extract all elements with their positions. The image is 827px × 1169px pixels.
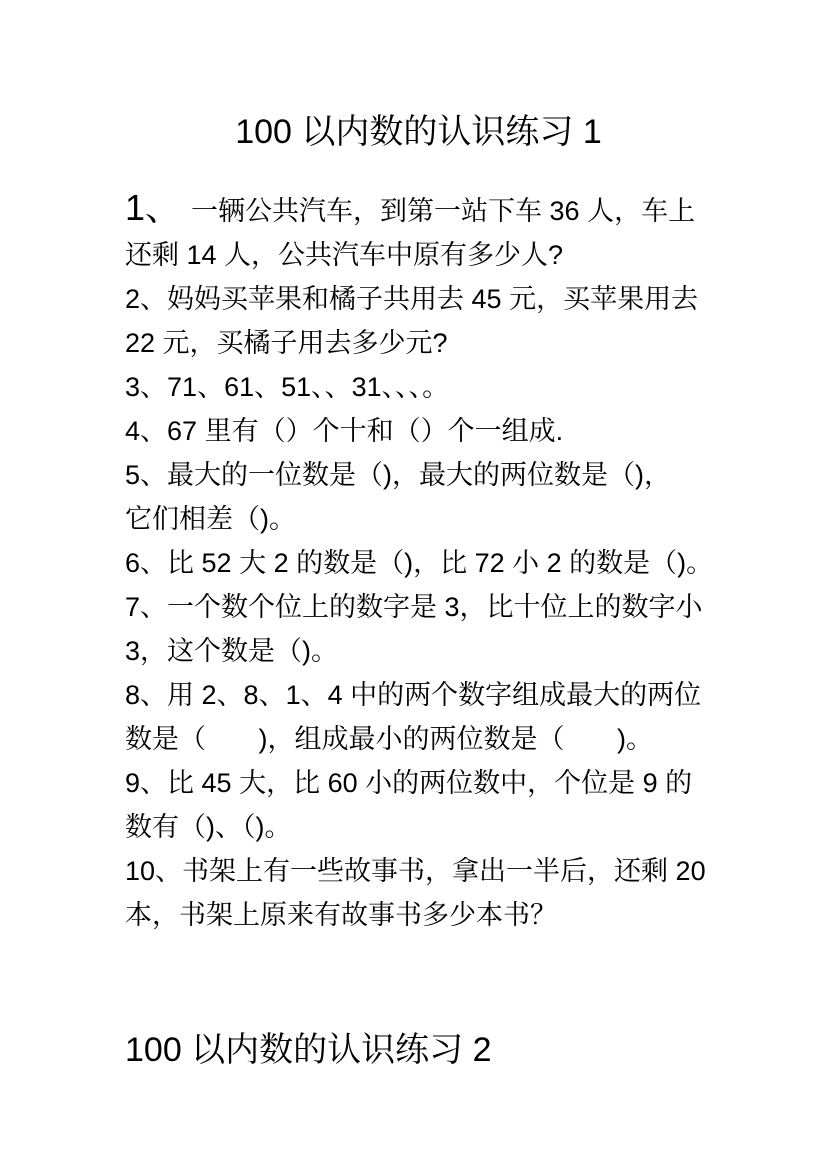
question-item-4: 4、67 里有（）个十和（）个一组成. — [125, 409, 712, 453]
question-text: 妈妈买苹果和橘子共用去 45 元，买苹果用去 22 元，买橘子用去多少元? — [125, 284, 698, 358]
question-text: 67 里有（）个十和（）个一组成. — [167, 416, 563, 446]
section1-title: 100 以内数的认识练习 1 — [125, 108, 712, 156]
question-number: 6、 — [125, 548, 167, 578]
question-item-1: 1、 一辆公共汽车，到第一站下车 36 人，车上 还剩 14 人，公共汽车中原有… — [125, 186, 712, 277]
question-number: 8、 — [125, 680, 167, 710]
question-number: 7、 — [125, 592, 167, 622]
question-text: 用 2、8、1、4 中的两个数字组成最大的两位 数是（ )，组成最小的两位数是（… — [125, 680, 701, 754]
question-text: 比 45 大，比 60 小的两位数中，个位是 9 的 数有（)、（)。 — [125, 768, 692, 842]
question-item-10: 10、书架上有一些故事书，拿出一半后，还剩 20 本，书架上原来有故事书多少本书… — [125, 849, 712, 937]
question-number: 2、 — [125, 284, 167, 314]
question-text: 书架上有一些故事书，拿出一半后，还剩 20 本，书架上原来有故事书多少本书？ — [125, 856, 706, 930]
question-list: 1、 一辆公共汽车，到第一站下车 36 人，车上 还剩 14 人，公共汽车中原有… — [125, 186, 712, 937]
question-number: 10、 — [125, 856, 182, 886]
question-item-5: 5、最大的一位数是（)，最大的两位数是（)， 它们相差（)。 — [125, 453, 712, 541]
question-number: 4、 — [125, 416, 167, 446]
question-text: 一个数个位上的数字是 3，比十位上的数字小 3，这个数是（)。 — [125, 592, 703, 666]
worksheet-page: 100 以内数的认识练习 1 1、 一辆公共汽车，到第一站下车 36 人，车上 … — [0, 0, 827, 1169]
question-text: 比 52 大 2 的数是（)，比 72 小 2 的数是（)。 — [167, 548, 713, 578]
question-text: 最大的一位数是（)，最大的两位数是（)， 它们相差（)。 — [125, 460, 671, 534]
question-item-2: 2、妈妈买苹果和橘子共用去 45 元，买苹果用去 22 元，买橘子用去多少元? — [125, 277, 712, 365]
question-item-9: 9、比 45 大，比 60 小的两位数中，个位是 9 的 数有（)、（)。 — [125, 761, 712, 849]
question-item-8: 8、用 2、8、1、4 中的两个数字组成最大的两位 数是（ )，组成最小的两位数… — [125, 673, 712, 761]
question-item-6: 6、比 52 大 2 的数是（)，比 72 小 2 的数是（)。 — [125, 541, 712, 585]
question-number: 5、 — [125, 460, 167, 490]
question-text: 71、61、51、、31、、、。 — [167, 372, 449, 402]
question-number: 3、 — [125, 372, 167, 402]
question-item-3: 3、71、61、51、、31、、、。 — [125, 365, 712, 409]
question-number: 1、 — [125, 187, 191, 228]
question-number: 9、 — [125, 768, 167, 798]
section2-title: 100 以内数的认识练习 2 — [125, 1026, 712, 1074]
question-item-7: 7、一个数个位上的数字是 3，比十位上的数字小 3，这个数是（)。 — [125, 585, 712, 673]
question-text: 一辆公共汽车，到第一站下车 36 人，车上 还剩 14 人，公共汽车中原有多少人… — [125, 196, 695, 270]
